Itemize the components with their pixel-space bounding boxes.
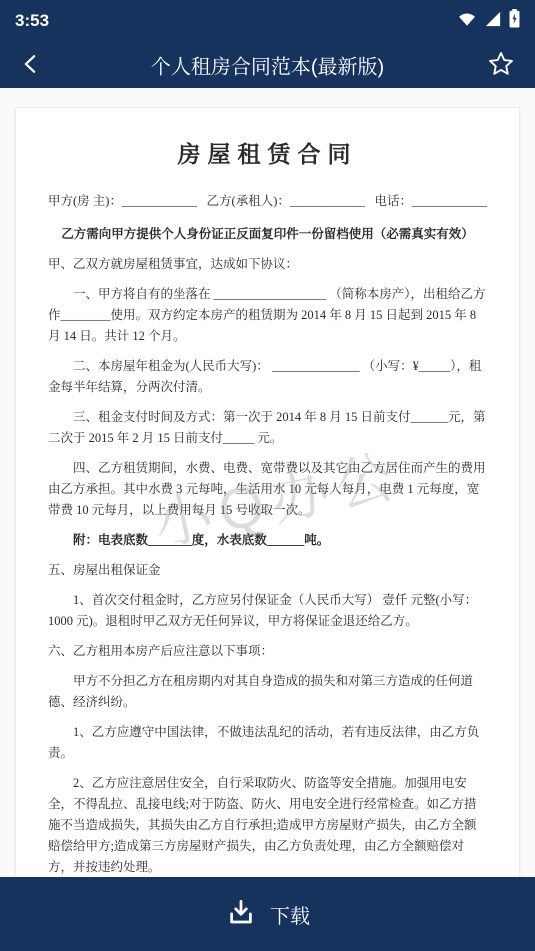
status-icons [457,9,520,33]
contract-paragraph: 甲方不分担乙方在租房期内对其自身造成的损失和对第三方造成的任何道德、经济纠纷。 [48,671,487,713]
cellular-signal-icon [484,11,502,32]
document-scroll-area[interactable]: 房屋租赁合同 甲方(房 主)：____________ 乙方(承租人)：____… [0,88,535,877]
contract-paragraph: 三、租金支付时间及方式：第一次于 2014 年 8 月 15 日前支付_____… [48,407,487,449]
contract-paragraph: 五、房屋出租保证金 [48,560,487,581]
contract-paragraph: 二、本房屋年租金为(人民币大写)： ______________ （小写：¥__… [48,356,487,398]
favorite-button[interactable] [483,46,519,85]
contract-paragraph: 1、乙方应遵守中国法律，不做违法乱纪的活动，若有违反法律，由乙方负责。 [48,722,487,764]
contract-paragraph-meter-readings: 附：电表底数_______度，水表底数______吨。 [48,530,487,551]
contract-paragraph: 一、甲方将自有的坐落在 __________________ （简称本房产），出… [48,284,487,347]
party-a-field: 甲方(房 主)：____________ [48,191,197,209]
party-b-field: 乙方(承租人)：____________ [207,191,365,209]
wifi-icon [457,11,477,32]
clock-time: 3:53 [15,11,49,31]
id-copy-notice: 乙方需向甲方提供个人身份证正反面复印件一份留档使用（必需真实有效） [48,224,487,242]
contract-paragraph: 甲、乙双方就房屋租赁事宜，达成如下协议： [48,254,487,275]
battery-charging-icon [509,9,520,33]
contract-page: 房屋租赁合同 甲方(房 主)：____________ 乙方(承租人)：____… [15,107,520,877]
back-button[interactable] [16,48,46,83]
star-icon [487,50,515,81]
contract-paragraph: 1、首次交付租金时，乙方应另付保证金（人民币大写） 壹仟 元整(小写： 1000… [48,590,487,632]
page-title: 个人租房合同范本(最新版) [151,51,384,80]
phone-field: 电话：____________ [374,191,487,209]
contract-paragraph: 六、乙方租用本房产后应注意以下事项： [48,641,487,662]
download-label: 下载 [270,900,310,929]
back-arrow-icon [20,52,42,79]
contract-paragraph: 四、乙方租赁期间，水费、电费、宽带费以及其它由乙方居住而产生的费用由乙方承担。其… [48,458,487,521]
download-button[interactable]: 下载 [0,877,535,951]
party-fields-row: 甲方(房 主)：____________ 乙方(承租人)：___________… [48,191,487,209]
download-icon [225,897,257,932]
contract-paragraph: 2、乙方应注意居住安全，自行采取防火、防盗等安全措施。加强用电安全，不得乱拉、乱… [48,773,487,877]
app-header: 个人租房合同范本(最新版) [0,42,535,88]
contract-title: 房屋租赁合同 [48,136,487,169]
status-bar: 3:53 [0,0,535,42]
